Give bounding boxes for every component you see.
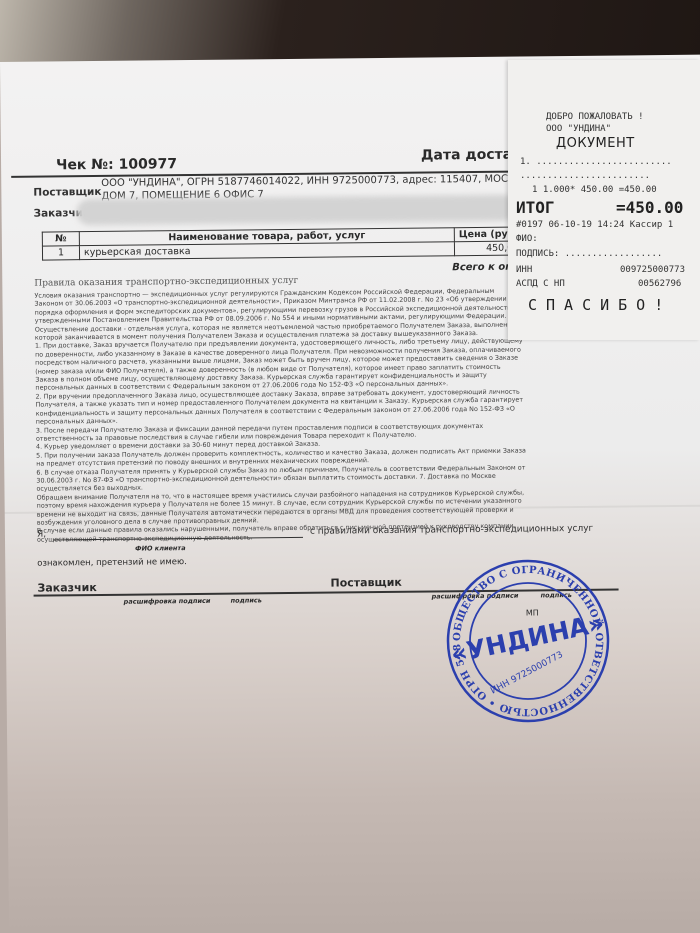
- receipt-inn-label: ИНН: [516, 265, 532, 275]
- receipt-calc-line: 1 1.000* 450.00 =450.00: [532, 185, 657, 195]
- ack-prefix: Я,: [37, 530, 46, 540]
- receipt-total-value: =450.00: [616, 198, 683, 217]
- receipt-signature-line: ПОДПИСЬ: ..................: [516, 249, 662, 259]
- customer-redacted-field: [76, 195, 516, 226]
- rules-paragraph: 2. При вручении предоплаченного Заказа л…: [35, 387, 525, 426]
- rules-text: Условия оказания транспортно — экспедици…: [34, 287, 527, 544]
- row-name: курьерская доставка: [79, 242, 454, 260]
- col-number: №: [42, 232, 79, 246]
- receipt-item-line: 1. .........................: [520, 157, 672, 167]
- row-number: 1: [42, 246, 79, 260]
- cash-register-receipt: ДОБРО ПОЖАЛОВАТЬ ! ООО "УНДИНА" ДОКУМЕНТ…: [508, 60, 700, 340]
- supplier-label: Поставщик: [33, 186, 101, 199]
- check-label: Чек №:: [56, 157, 114, 174]
- receipt-total-label: ИТОГ: [516, 198, 555, 217]
- company-seal-stamp: ОБЩЕСТВО С ОГРАНИЧЕННОЙ ОТВЕТСТВЕННОСТЬЮ…: [443, 557, 613, 725]
- receipt-doc-label: ДОКУМЕНТ: [556, 136, 635, 151]
- receipt-info-line: #0197 06-10-19 14:24 Кассир 1: [516, 220, 673, 230]
- receipt-company: ООО "УНДИНА": [546, 124, 611, 134]
- receipt-aspd-label: АСПД С НП: [516, 279, 565, 289]
- fio-caption: ФИО клиента: [135, 544, 186, 553]
- items-table: № Наименование товара, работ, услуг Цена…: [42, 227, 522, 261]
- receipt-aspd-value: 00562796: [638, 279, 681, 289]
- ack-suffix: с правилами оказания транспортно-экспеди…: [310, 524, 593, 537]
- receipt-thanks: СПАСИБО!: [528, 296, 672, 314]
- customer-sign-caption: подпись: [231, 596, 262, 604]
- rules-paragraph: 1. При доставке, Заказ вручается Получат…: [35, 337, 526, 393]
- check-number: Чек №: 100977: [56, 156, 177, 173]
- receipt-dots-line: ........................: [520, 171, 650, 181]
- rules-title: Правила оказания транспортно-экспедицион…: [34, 276, 298, 289]
- rules-paragraph: Условия оказания транспортно — экспедици…: [34, 287, 524, 326]
- ack-line-2: ознакомлен, претензий не имею.: [37, 557, 187, 569]
- check-number-value: 100977: [119, 156, 178, 173]
- customer-decode-caption: расшифровка подписи: [124, 597, 211, 606]
- receipt-fio-label: ФИО:: [516, 234, 538, 244]
- sign-supplier-label: Поставщик: [330, 576, 402, 590]
- receipt-inn-value: 009725000773: [620, 265, 685, 275]
- receipt-welcome: ДОБРО ПОЖАЛОВАТЬ !: [546, 112, 644, 122]
- rules-paragraph: Обращаем внимание Получателя на то, что …: [37, 488, 527, 527]
- sign-customer-label: Заказчик: [37, 581, 96, 595]
